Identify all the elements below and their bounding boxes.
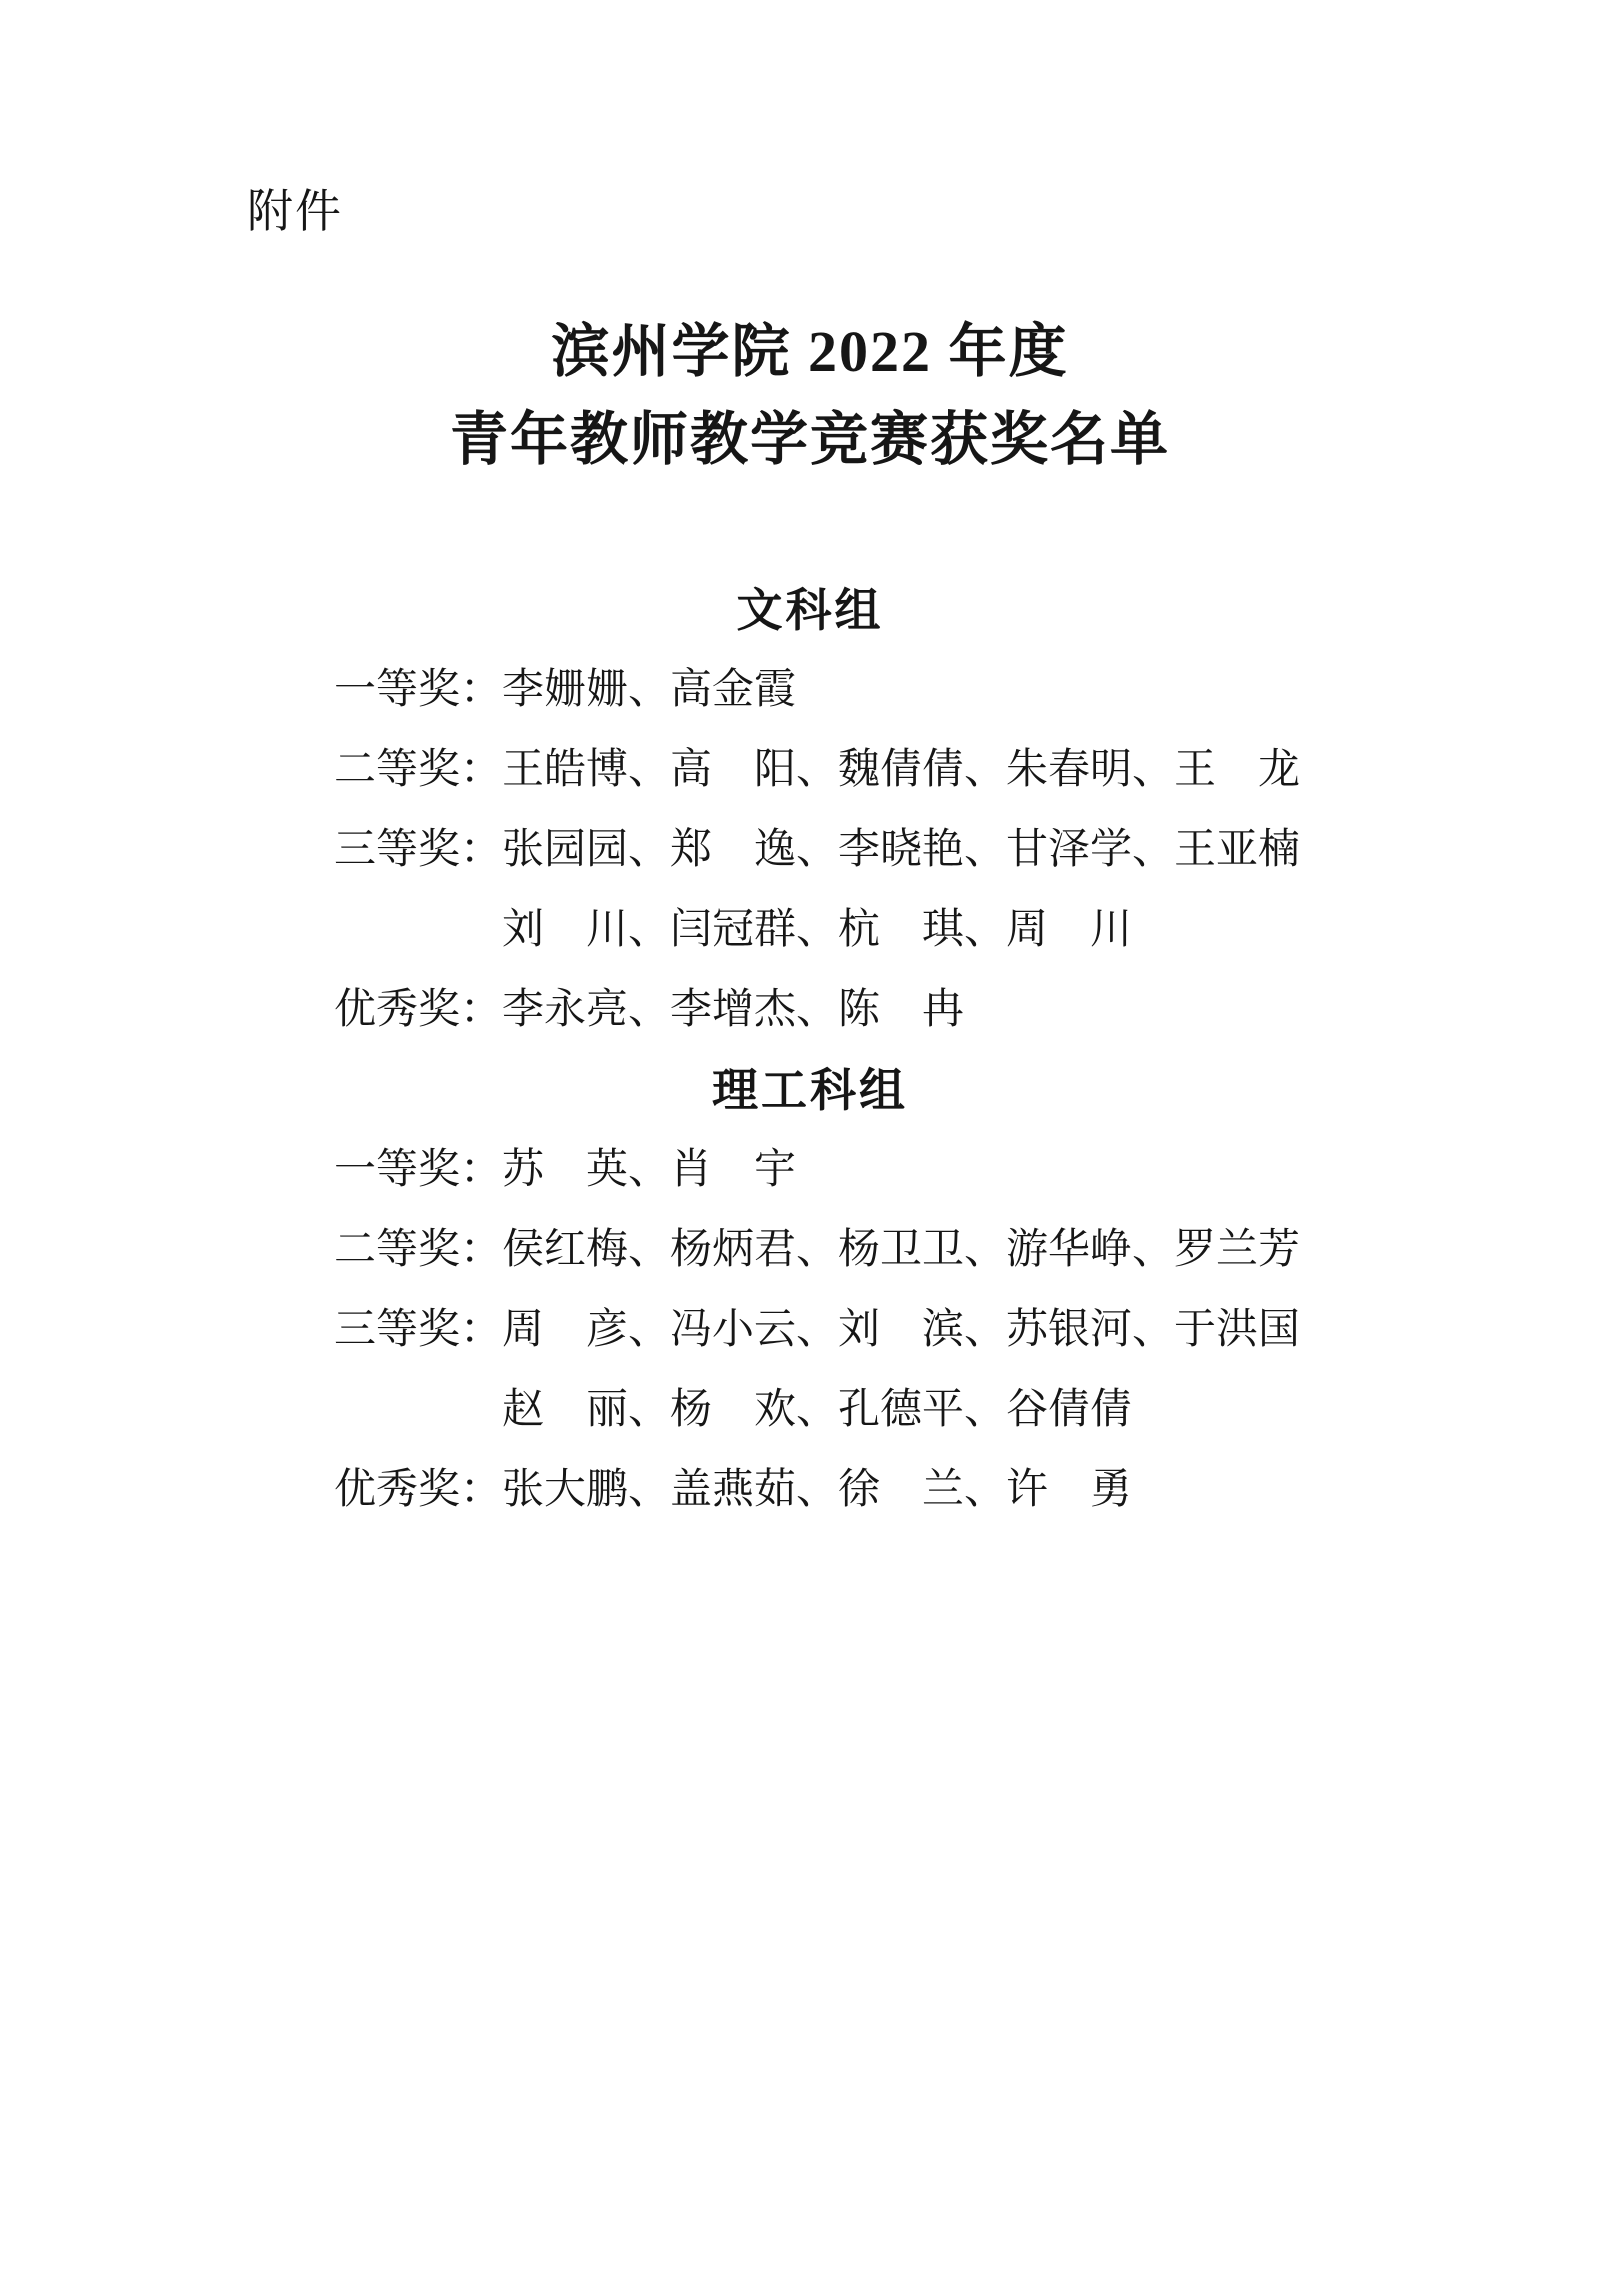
award-rank-label: 一等奖： [334,667,502,713]
award-winner-names: 苏 英、肖 宇 [502,1147,796,1193]
award-winner-names: 王皓博、高 阳、魏倩倩、朱春明、王 龙 [502,747,1300,793]
award-rank-label: 二等奖： [334,747,502,793]
document-title-line2: 青年教师教学竞赛获奖名单 [0,396,1620,484]
award-winner-names: 赵 丽、杨 欢、孔德平、谷倩倩 [502,1387,1132,1433]
award-row-second-prize: 二等奖：王皓博、高 阳、魏倩倩、朱春明、王 龙 [334,730,1620,810]
award-row-third-prize: 三等奖：周 彦、冯小云、刘 滨、苏银河、于洪国 [334,1290,1620,1370]
award-winner-names: 侯红梅、杨炳君、杨卫卫、游华峥、罗兰芳 [502,1227,1300,1273]
attachment-label: 附件 [247,186,343,237]
award-row-third-prize-continued: 刘 川、闫冠群、杭 琪、周 川 [502,890,1620,970]
document-page: 附件 滨州学院 2022 年度 青年教师教学竞赛获奖名单 文科组 一等奖：李姗姗… [0,0,1620,2292]
award-row-first-prize: 一等奖：李姗姗、高金霞 [334,650,1620,730]
award-row-excellence-prize: 优秀奖：张大鹏、盖燕茹、徐 兰、许 勇 [334,1450,1620,1530]
award-rank-label: 优秀奖： [334,987,502,1033]
section-header-science-engineering: 理工科组 [0,1050,1620,1130]
award-row-third-prize: 三等奖：张园园、郑 逸、李晓艳、甘泽学、王亚楠 [334,810,1620,890]
award-row-excellence-prize: 优秀奖：李永亮、李增杰、陈 冉 [334,970,1620,1050]
award-winner-names: 刘 川、闫冠群、杭 琪、周 川 [502,907,1132,953]
award-rank-label: 二等奖： [334,1227,502,1273]
award-rank-label: 一等奖： [334,1147,502,1193]
award-rank-label: 三等奖： [334,827,502,873]
award-rank-label: 三等奖： [334,1307,502,1353]
award-row-first-prize: 一等奖：苏 英、肖 宇 [334,1130,1620,1210]
section-header-liberal-arts: 文科组 [0,570,1620,650]
award-winner-names: 张园园、郑 逸、李晓艳、甘泽学、王亚楠 [502,827,1300,873]
award-winner-names: 李姗姗、高金霞 [502,667,796,713]
award-winner-names: 周 彦、冯小云、刘 滨、苏银河、于洪国 [502,1307,1300,1353]
award-rank-label: 优秀奖： [334,1467,502,1513]
award-row-second-prize: 二等奖：侯红梅、杨炳君、杨卫卫、游华峥、罗兰芳 [334,1210,1620,1290]
award-row-third-prize-continued: 赵 丽、杨 欢、孔德平、谷倩倩 [502,1370,1620,1450]
award-winner-names: 张大鹏、盖燕茹、徐 兰、许 勇 [502,1467,1132,1513]
award-winner-names: 李永亮、李增杰、陈 冉 [502,987,964,1033]
document-title: 滨州学院 2022 年度 青年教师教学竞赛获奖名单 [0,308,1620,484]
award-list: 文科组 一等奖：李姗姗、高金霞 二等奖：王皓博、高 阳、魏倩倩、朱春明、王 龙 … [0,570,1620,1530]
document-title-line1: 滨州学院 2022 年度 [0,308,1620,396]
